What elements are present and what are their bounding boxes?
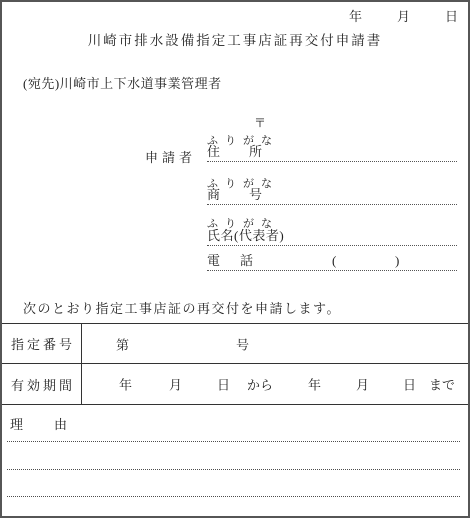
phone-paren-close: ) bbox=[395, 253, 399, 269]
validity-token: 日 bbox=[403, 375, 416, 394]
validity-period-cell[interactable]: 年 月 日 から 年 月 日 まで bbox=[82, 364, 468, 404]
postal-mark-icon: 〒 bbox=[254, 114, 266, 131]
date-year-label: 年 bbox=[349, 6, 362, 25]
validity-token: 月 bbox=[356, 375, 369, 394]
date-day-label: 日 bbox=[445, 6, 458, 25]
details-table: 指定番号 第 号 有効期間 年 月 日 から 年 月 日 まで 理 由 bbox=[2, 323, 468, 516]
phone-fill-line[interactable]: 電 話 ( ) bbox=[207, 254, 457, 271]
address-label-left: 住 bbox=[207, 141, 220, 160]
validity-token: 日 bbox=[217, 375, 230, 394]
designation-number-row: 指定番号 第 号 bbox=[2, 324, 468, 364]
designation-number-cell[interactable]: 第 号 bbox=[82, 324, 468, 363]
reason-row[interactable]: 理 由 bbox=[2, 405, 468, 516]
validity-token: 月 bbox=[169, 375, 182, 394]
form-title: 川崎市排水設備指定工事店証再交付申請書 bbox=[2, 29, 468, 49]
application-statement: 次のとおり指定工事店証の再交付を申請します。 bbox=[23, 298, 341, 317]
reason-write-line[interactable] bbox=[7, 469, 460, 470]
designation-number-header: 指定番号 bbox=[2, 324, 82, 363]
reason-write-line[interactable] bbox=[7, 441, 460, 442]
validity-token: から bbox=[247, 375, 273, 394]
validity-period-row: 有効期間 年 月 日 から 年 月 日 まで bbox=[2, 364, 468, 405]
designation-suffix: 号 bbox=[236, 334, 249, 353]
trade-name-label-left: 商 bbox=[207, 184, 220, 203]
reason-label-right: 由 bbox=[54, 414, 67, 433]
representative-name-label: 氏名(代表者) bbox=[207, 225, 284, 244]
address-label-right: 所 bbox=[249, 141, 262, 160]
phone-label-right: 話 bbox=[240, 250, 253, 269]
designation-prefix: 第 bbox=[116, 334, 129, 353]
date-line: 年 月 日 bbox=[349, 6, 458, 25]
address-fill-line[interactable]: 住 所 bbox=[207, 145, 457, 162]
reason-write-line[interactable] bbox=[7, 496, 460, 497]
phone-paren-open: ( bbox=[332, 253, 336, 269]
applicant-label: 申請者 bbox=[145, 147, 196, 166]
reason-label-left: 理 bbox=[10, 414, 23, 433]
validity-period-header: 有効期間 bbox=[2, 364, 82, 404]
trade-name-label-right: 号 bbox=[249, 184, 262, 203]
representative-name-fill-line[interactable]: 氏名(代表者) bbox=[207, 229, 457, 246]
date-month-label: 月 bbox=[397, 6, 410, 25]
phone-label-left: 電 bbox=[207, 250, 220, 269]
validity-token: まで bbox=[429, 375, 455, 394]
validity-token: 年 bbox=[308, 375, 321, 394]
trade-name-fill-line[interactable]: 商 号 bbox=[207, 188, 457, 205]
validity-token: 年 bbox=[119, 375, 132, 394]
application-form-page: 年 月 日 川崎市排水設備指定工事店証再交付申請書 (宛先)川崎市上下水道事業管… bbox=[0, 0, 470, 518]
addressee-line: (宛先)川崎市上下水道事業管理者 bbox=[23, 73, 222, 92]
